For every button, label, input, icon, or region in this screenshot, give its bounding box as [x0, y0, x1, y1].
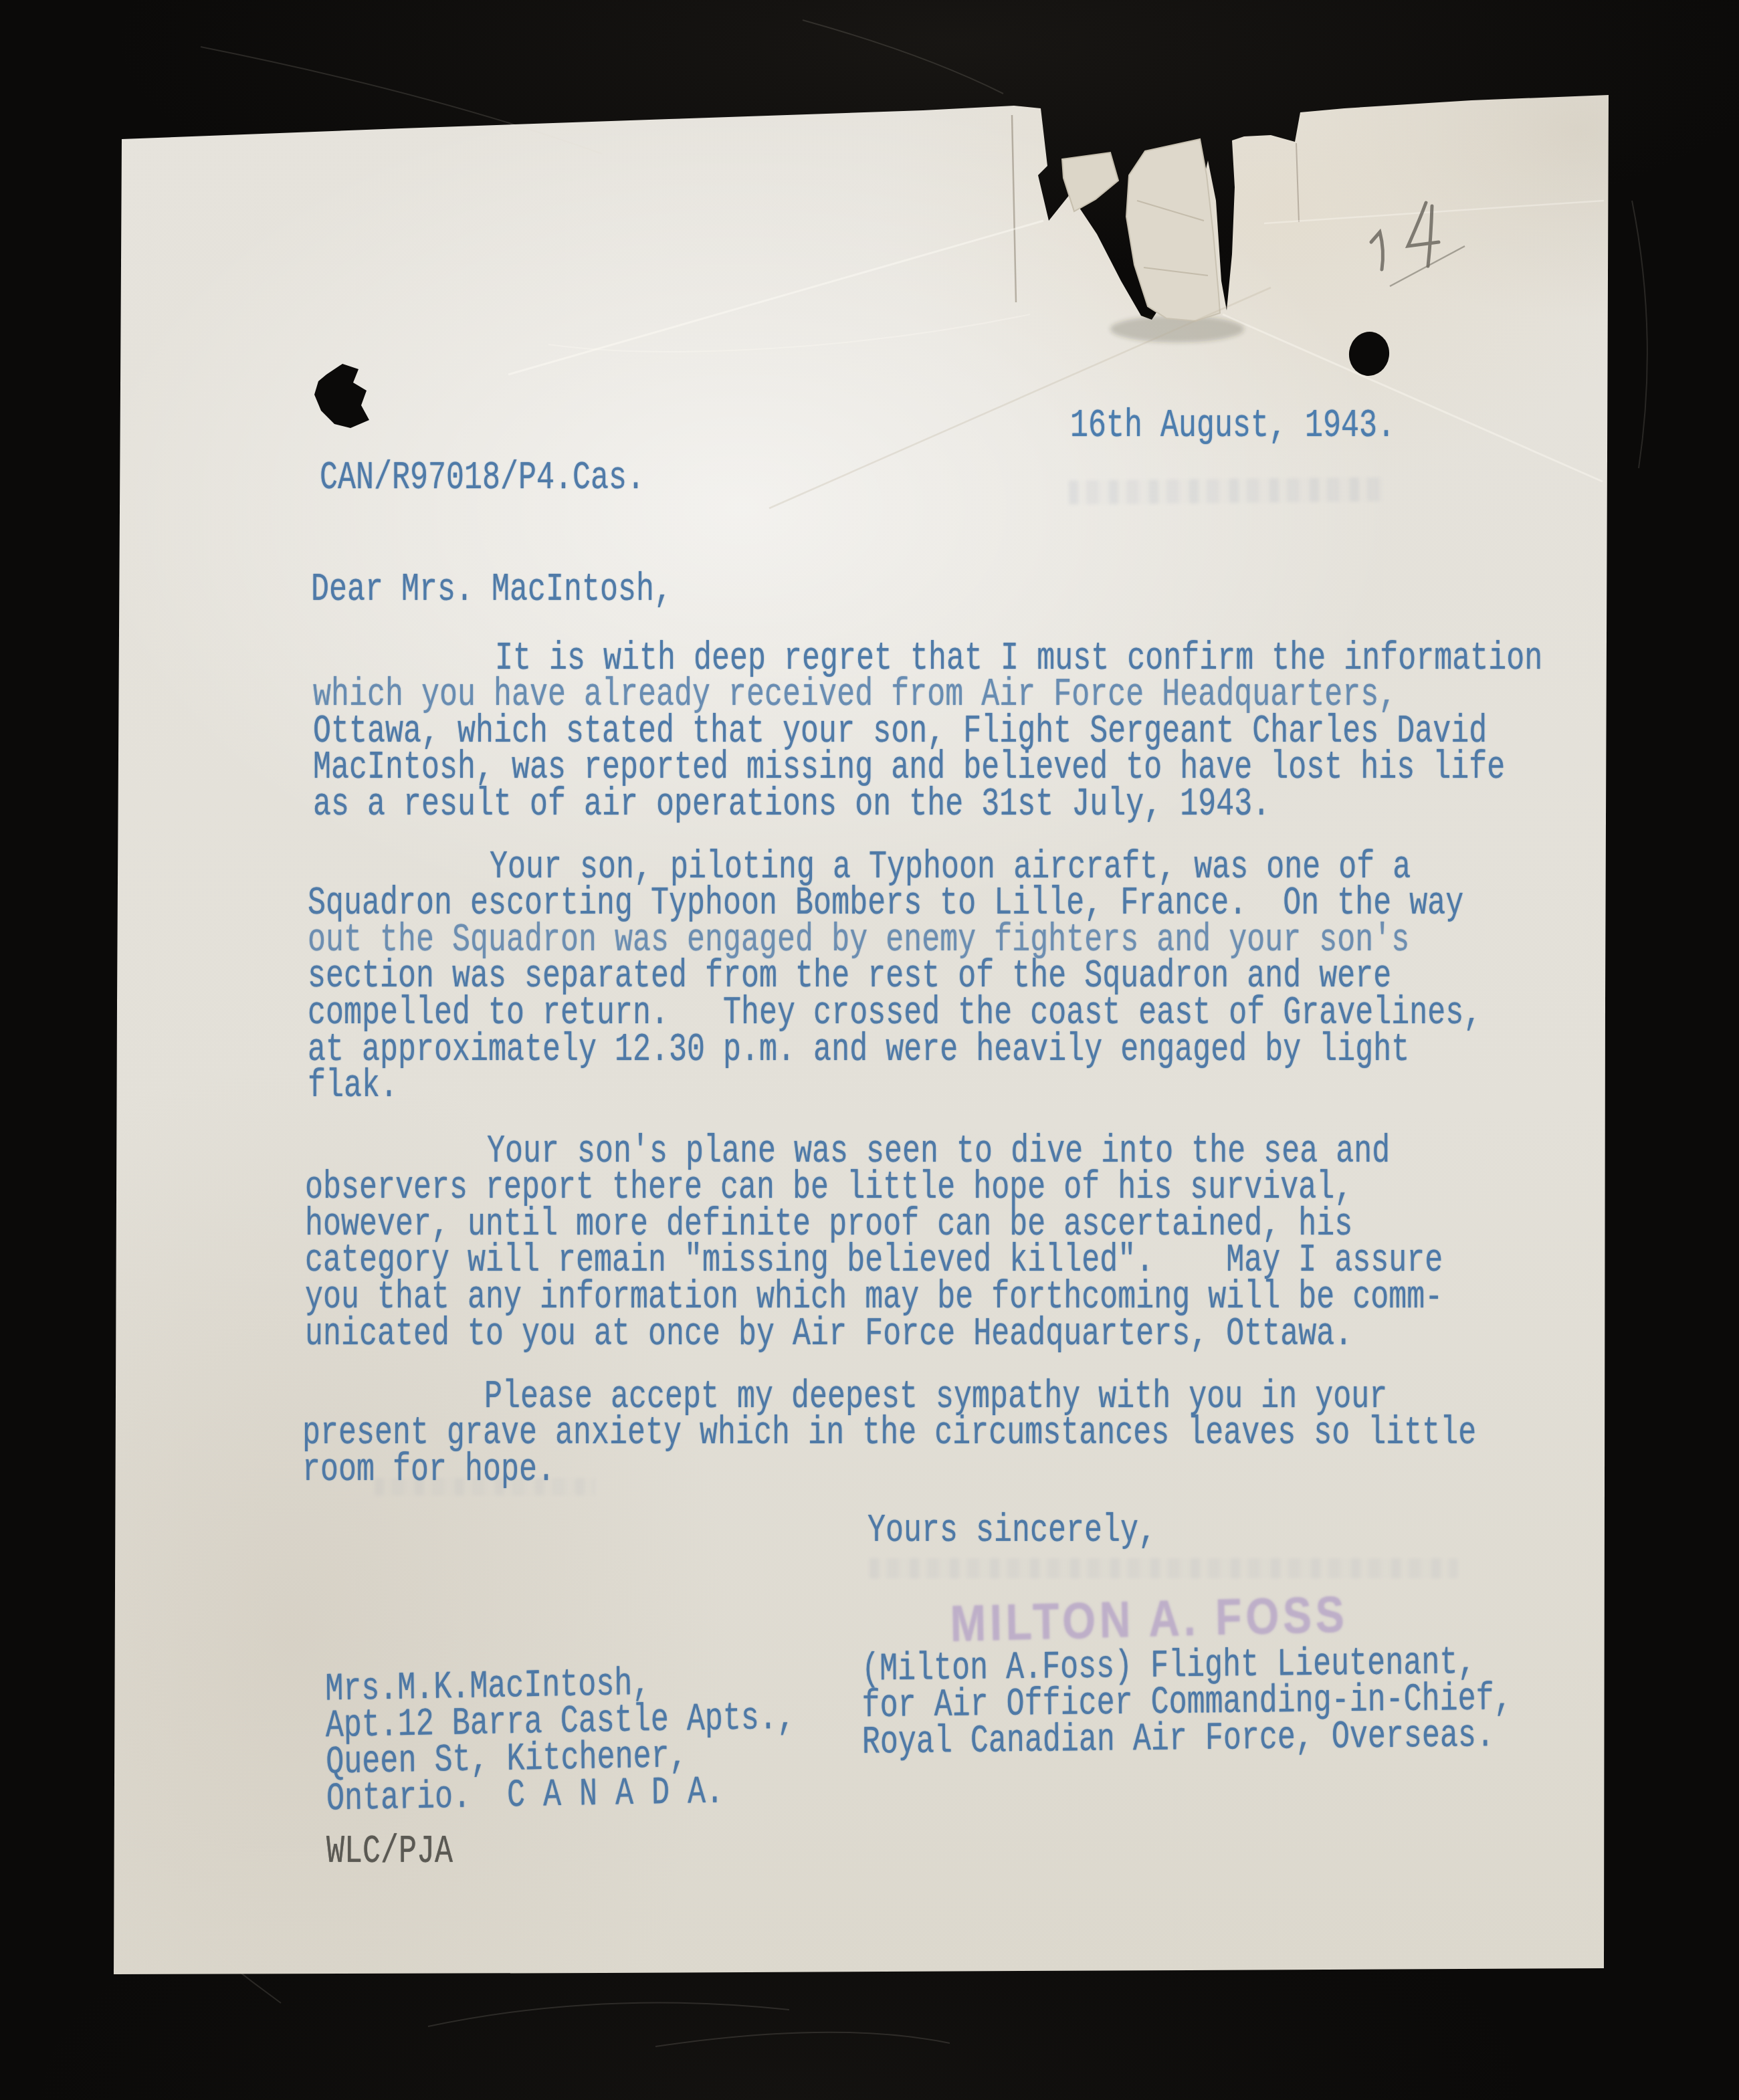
- paragraph-line: Your son, piloting a Typhoon aircraft, w…: [308, 849, 1481, 886]
- date-text: 16th August, 1943.: [1070, 408, 1395, 445]
- salutation: Dear Mrs. MacIntosh,: [311, 572, 672, 609]
- paragraph-line: unicated to you at once by Air Force Hea…: [305, 1316, 1443, 1353]
- bleed-through-smudge: [869, 1558, 1458, 1578]
- paragraph-line: however, until more definite proof can b…: [305, 1206, 1443, 1243]
- paragraph-1: It is with deep regret that I must confi…: [313, 641, 1542, 823]
- paragraph-line: Squadron escorting Typhoon Bombers to Li…: [308, 886, 1481, 923]
- signature-line: Royal Canadian Air Force, Overseas.: [862, 1717, 1513, 1762]
- paragraph-2: Your son, piloting a Typhoon aircraft, w…: [308, 849, 1481, 1105]
- date-line: 16th August, 1943.: [1070, 408, 1395, 445]
- paragraph-line: section was separated from the rest of t…: [308, 959, 1481, 996]
- paragraph-line: It is with deep regret that I must confi…: [313, 641, 1542, 677]
- paragraph-line: observers report there can be little hop…: [305, 1170, 1443, 1207]
- paragraph-line: you that any information which may be fo…: [305, 1279, 1443, 1316]
- signature-block: (Milton A.Foss) Flight Lieutenant, for A…: [861, 1645, 1512, 1762]
- paragraph-line: Please accept my deepest sympathy with y…: [302, 1379, 1476, 1416]
- reference-text: CAN/R97018/P4.Cas.: [320, 460, 645, 497]
- closing: Yours sincerely,: [867, 1513, 1156, 1550]
- typist-initials: WLC/PJA: [326, 1834, 453, 1871]
- scanned-letter-photo: { "annotations": { "page_marker": "14", …: [0, 0, 1739, 2100]
- paragraph-4: Please accept my deepest sympathy with y…: [302, 1379, 1476, 1489]
- paragraph-line: present grave anxiety which in the circu…: [302, 1416, 1476, 1453]
- closing-text: Yours sincerely,: [867, 1513, 1156, 1550]
- paragraph-3: Your son's plane was seen to dive into t…: [305, 1134, 1443, 1353]
- paragraph-line: at approximately 12.30 p.m. and were hea…: [308, 1032, 1481, 1069]
- paragraph-line: out the Squadron was engaged by enemy fi…: [308, 922, 1481, 959]
- paragraph-line: compelled to return. They crossed the co…: [308, 995, 1481, 1032]
- paragraph-line: room for hope.: [302, 1452, 1476, 1489]
- reference-number: CAN/R97018/P4.Cas.: [320, 460, 645, 497]
- paragraph-line: which you have already received from Air…: [313, 677, 1542, 714]
- paragraph-line: MacIntosh, was reported missing and beli…: [313, 750, 1542, 787]
- bleed-through-smudge: [1069, 478, 1383, 505]
- typist-initials-text: WLC/PJA: [326, 1834, 453, 1871]
- paragraph-line: category will remain "missing believed k…: [305, 1243, 1443, 1280]
- paragraph-line: Your son's plane was seen to dive into t…: [305, 1134, 1443, 1170]
- paragraph-line: Ottawa, which stated that your son, Flig…: [313, 714, 1542, 750]
- recipient-address: Mrs.M.K.MacIntosh, Apt.12 Barra Castle A…: [325, 1663, 796, 1818]
- salutation-text: Dear Mrs. MacIntosh,: [311, 572, 672, 609]
- paragraph-line: flak.: [308, 1069, 1481, 1106]
- paragraph-line: as a result of air operations on the 31s…: [313, 786, 1542, 823]
